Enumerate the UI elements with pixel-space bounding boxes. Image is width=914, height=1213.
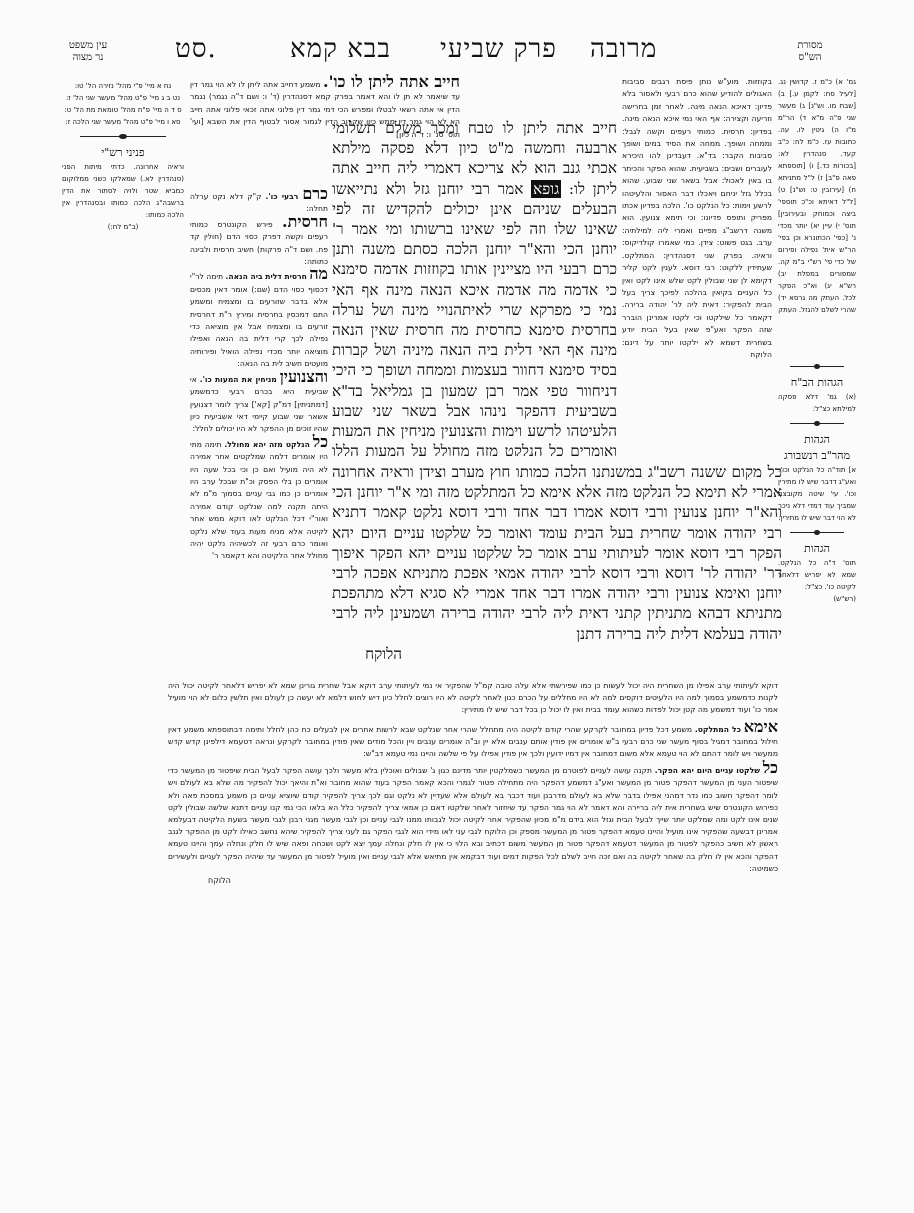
ornament-divider <box>790 366 845 367</box>
hagahot-maharab-title: הגהות מהר"ב רנשבורג <box>778 432 856 464</box>
rashi-column: בקוזזות. מוע"ש נותן פיסת רגבים סביבות הא… <box>622 76 772 456</box>
bottom-para-2: אימא כל המתלקט. משמע דכל פדיון במחובר לק… <box>168 721 778 761</box>
ein-mishpat-label: עין משפט נר מצוה <box>58 40 118 64</box>
hagahot-bach-title: הגהות הב"ח <box>778 375 856 391</box>
chapter-number: פרק שביעי <box>440 34 557 64</box>
ein-mishpat-entry: ס ד ה מיי' פ"ח מהל' טומאת מת הל' ט: <box>62 104 184 116</box>
tosafot-section: חרסית. פירש הקונטרס כמותי רעפים וקשה דפר… <box>190 216 328 269</box>
hagahot-ref: (רש"ש) <box>778 593 856 605</box>
ornament-divider <box>80 136 165 137</box>
tosafot-section: והצנועין מניחין את המעות כו'. אי שביעית … <box>190 371 328 436</box>
bottom-catchword: הלוקח <box>168 875 778 887</box>
ein-mishpat-entry: סא ו מיי' פ"ט מהל' מעשר שני הלכה ז: <box>62 116 184 128</box>
penei-rashi-text: וראיה אחרונה. כדתי מיתות הפני (סנהדרין ל… <box>62 161 184 221</box>
ornament-divider <box>790 532 845 533</box>
gufa-highlight: גופא <box>531 180 561 198</box>
tosafot-section: מה חרסית דלית ביה הנאה. תימה לר"י דכסוף … <box>190 268 328 370</box>
tractate-name: בבא קמא <box>290 34 391 64</box>
gemara-catchword: הלוקח <box>332 644 782 664</box>
ein-mishpat-entry: נט ב ג מיי' פ"ט מהל' מעשר שני הל' ז: <box>62 92 184 104</box>
masoret-hashas-text: גמ' א) כ"מ ז. קדושין נג. [לעיל סח: לקמן … <box>778 78 856 314</box>
hagahot-column: הגהות הב"ח (א) גמ' דלא פסקה למילתא כצ"ל:… <box>778 358 856 605</box>
chapter-name: מרובה <box>590 34 657 64</box>
hagahot-maharab-text: א] תוד"ה כל הנלקט וכו'. ואע"ג דדבר שיש ל… <box>778 464 856 524</box>
bottom-para-1: דוקא לעיתותי ערב אפילו מן השחרית היה יכו… <box>168 680 778 717</box>
bottom-commentary: דוקא לעיתותי ערב אפילו מן השחרית היה יכו… <box>168 680 778 887</box>
ein-mishpat-column: נח א מיי' פ"י מהל' נזירה הל' טו: נט ב ג … <box>62 80 184 233</box>
gemara-text-wide: כל מקום ששנה רשב"ג במשנתנו הלכה כמותו חו… <box>332 462 782 664</box>
bottom-para-3: כל שלקטו עניים היום יהא הפקר. תקנה עושה … <box>168 762 778 875</box>
tosafot-column: כרם רבעי כו'. ק"ק דלא נקט ערלה תחלה: חרס… <box>190 188 328 563</box>
hagahot-text: תוס' ד"ה כל הנלקט. שמא לא יפריש דלאחר לק… <box>778 557 856 593</box>
gemara-text-narrow: חייב אתה ליתן לו טבח ומכר משלם תשלומי אר… <box>332 118 617 456</box>
tosafot-section: כל הנלקט מזה יהא מחולל. תימה מתי היו אומ… <box>190 436 328 563</box>
penei-rashi-title: פניני רש"י <box>62 145 184 161</box>
ein-mishpat-entry: נח א מיי' פ"י מהל' נזירה הל' טו: <box>62 80 184 92</box>
tosafot-heading-word: חייב אתה ליתן לו כו'. <box>323 72 460 91</box>
hagahot-bach-text: (א) גמ' דלא פסקה למילתא כצ"ל: <box>778 391 856 415</box>
folio-number: סט. <box>175 34 217 64</box>
ornament-divider <box>790 423 845 424</box>
masoret-hashas-column: גמ' א) כ"מ ז. קדושין נג. [לעיל סח: לקמן … <box>778 76 856 366</box>
rashi-text: בקוזזות. מוע"ש נותן פיסת רגבים סביבות הא… <box>622 77 772 359</box>
hagahot-title: הגהות <box>778 541 856 557</box>
masoret-hashas-label: מסורת הש"ס <box>780 40 840 64</box>
penei-rashi-ref: (ב"מ לח:) <box>62 221 184 233</box>
